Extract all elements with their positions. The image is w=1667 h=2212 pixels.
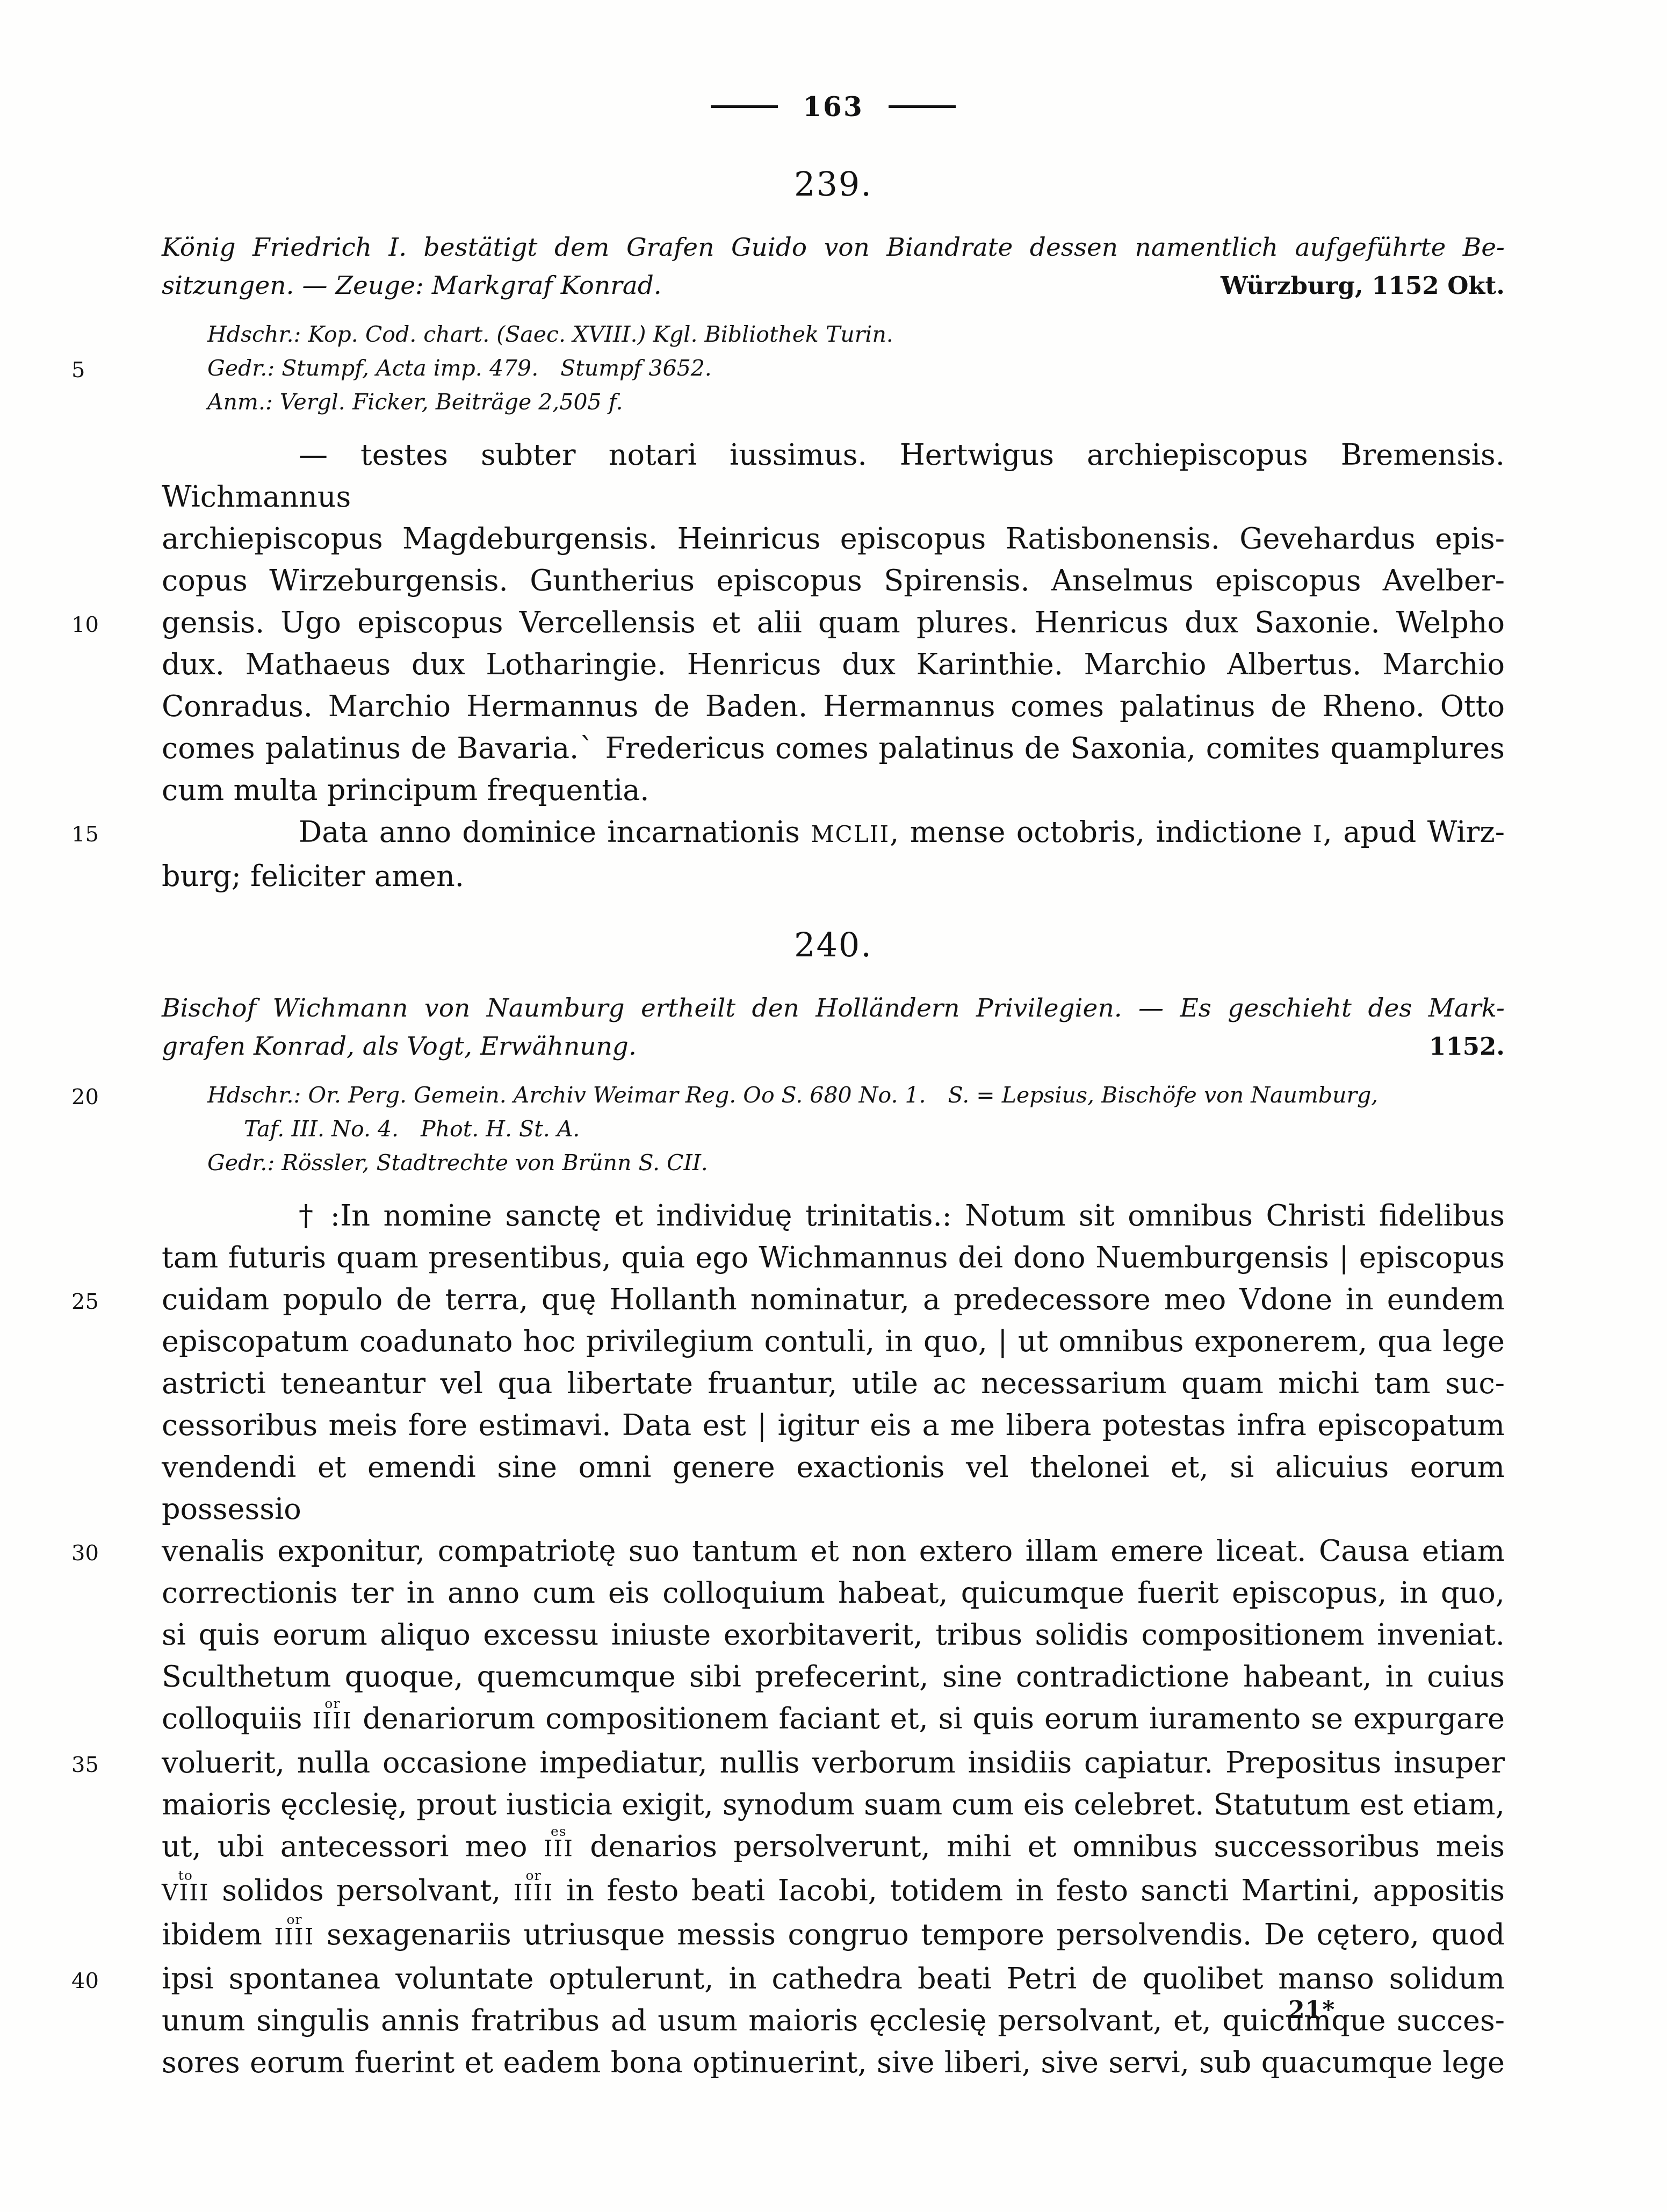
numeral-with-superscript: esIII (544, 1826, 574, 1870)
text-line: comes palatinus de Bavaria.ˋ Fredericus … (162, 727, 1505, 769)
text-line: 25cuidam populo de terra, quę Hollanth n… (162, 1279, 1505, 1321)
text-line: archiepiscopus Magdeburgensis. Heinricus… (162, 518, 1505, 560)
margin-line-number: 20 (71, 1080, 136, 1114)
entry-240: 240. Bischof Wichmann von Naumburg erthe… (162, 925, 1505, 2084)
text-line: episcopatum coadunato hoc privilegium co… (162, 1321, 1505, 1363)
regest-row: sitzungen. — Zeuge: Markgraf Konrad.Würz… (162, 266, 1505, 305)
entry-239-heading: 239. (162, 164, 1505, 204)
text-line: cessoribus meis fore estimavi. Data est … (162, 1404, 1505, 1446)
text-line: ut, ubi antecessori meo esIII denarios p… (162, 1826, 1505, 1870)
text-block: 163 239. König Friedrich I. bestätigt de… (162, 0, 1505, 2084)
entry-240-apparatus: 20Hdschr.: Or. Perg. Gemein. Archiv Weim… (207, 1078, 1505, 1180)
apparatus-line: 20Hdschr.: Or. Perg. Gemein. Archiv Weim… (207, 1078, 1505, 1112)
text-line: † :In nomine sanctę et individuę trinita… (162, 1195, 1505, 1237)
text-line: 40ipsi spontanea voluntate optulerunt, i… (162, 1958, 1505, 2000)
page-header: 163 (162, 91, 1505, 121)
entry-239: 239. König Friedrich I. bestätigt dem Gr… (162, 164, 1505, 897)
text-line: ibidem orIIII sexagenariis utriusque mes… (162, 1914, 1505, 1958)
text-line: si quis eorum aliquo excessu iniuste exo… (162, 1614, 1505, 1656)
superscript-abbreviation: to (178, 1855, 193, 1897)
margin-line-number: 25 (71, 1281, 136, 1323)
entry-240-heading: 240. (162, 925, 1505, 964)
numeral-with-superscript: toVIII (162, 1870, 210, 1914)
regest-text: Bischof Wichmann von Naumburg ertheilt d… (162, 989, 1505, 1027)
text-line: cum multa principum frequentia. (162, 769, 1505, 811)
regest-date: Würzburg, 1152 Okt. (1221, 266, 1505, 305)
margin-line-number: 5 (71, 354, 136, 387)
apparatus-line: 5Gedr.: Stumpf, Acta imp. 479. Stumpf 36… (207, 351, 1505, 385)
apparatus-line: Hdschr.: Kop. Cod. chart. (Saec. XVIII.)… (207, 318, 1505, 351)
regest-text: König Friedrich I. bestätigt dem Grafen … (162, 228, 1505, 266)
text-line: — testes subter notari iussimus. Hertwig… (162, 434, 1505, 518)
apparatus-line: Taf. III. No. 4. Phot. H. St. A. (244, 1112, 1505, 1146)
regest-text: sitzungen. — Zeuge: Markgraf Konrad. (162, 266, 662, 305)
entry-239-regest: König Friedrich I. bestätigt dem Grafen … (162, 228, 1505, 305)
text-line: tam futuris quam presentibus, quia ego W… (162, 1237, 1505, 1279)
regest-date: 1152. (1429, 1027, 1505, 1065)
text-line: Conradus. Marchio Hermannus de Baden. He… (162, 686, 1505, 727)
margin-line-number: 40 (71, 1960, 136, 2002)
superscript-abbreviation: or (526, 1855, 542, 1897)
entry-240-regest: Bischof Wichmann von Naumburg ertheilt d… (162, 989, 1505, 1065)
margin-line-number: 15 (71, 813, 136, 855)
margin-line-number: 35 (71, 1744, 136, 1786)
text-line: copus Wirzeburgensis. Guntherius episcop… (162, 560, 1505, 602)
entry-239-body: — testes subter notari iussimus. Hertwig… (162, 434, 1505, 897)
margin-line-number: 30 (71, 1532, 136, 1574)
text-line: 15Data anno dominice incarnationis MCLII… (162, 811, 1505, 855)
page-number: 163 (803, 91, 863, 123)
superscript-abbreviation: or (286, 1899, 302, 1941)
text-line: Sculthetum quoque, quemcumque sibi prefe… (162, 1656, 1505, 1698)
header-rule-right (889, 105, 956, 108)
regest-text: grafen Konrad, als Vogt, Erwähnung. (162, 1027, 637, 1065)
text-line: correctionis ter in anno cum eis colloqu… (162, 1572, 1505, 1614)
text-line: maioris ęcclesię, prout iusticia exigit,… (162, 1784, 1505, 1826)
text-line: toVIII solidos persolvant, orIIII in fes… (162, 1870, 1505, 1914)
numeral-with-superscript: orIIII (514, 1870, 554, 1914)
text-line: 10gensis. Ugo episcopus Vercellensis et … (162, 602, 1505, 644)
entry-239-apparatus: Hdschr.: Kop. Cod. chart. (Saec. XVIII.)… (207, 318, 1505, 419)
numeral-with-superscript: orIIII (274, 1914, 314, 1958)
small-caps-text: I (1313, 821, 1323, 847)
text-line: 35voluerit, nulla occasione impediatur, … (162, 1742, 1505, 1784)
printer-signature: 21* (1288, 1997, 1335, 2024)
text-line: dux. Mathaeus dux Lotharingie. Henricus … (162, 644, 1505, 686)
text-line: astricti teneantur vel qua libertate fru… (162, 1363, 1505, 1404)
superscript-abbreviation: es (551, 1811, 567, 1853)
text-line: sores eorum fuerint et eadem bona optinu… (162, 2042, 1505, 2084)
header-rule-left (711, 105, 778, 108)
regest-row: grafen Konrad, als Vogt, Erwähnung.1152. (162, 1027, 1505, 1065)
apparatus-line: Gedr.: Rössler, Stadtrechte von Brünn S.… (207, 1146, 1505, 1180)
superscript-abbreviation: or (324, 1683, 340, 1725)
numeral-with-superscript: orIIII (312, 1698, 352, 1742)
apparatus-line: Anm.: Vergl. Ficker, Beiträge 2,505 f. (207, 385, 1505, 419)
small-caps-text: MCLII (811, 821, 890, 847)
text-line: colloquiis orIIII denariorum composition… (162, 1698, 1505, 1742)
entry-240-body: † :In nomine sanctę et individuę trinita… (162, 1195, 1505, 2084)
text-line: burg; feliciter amen. (162, 855, 1505, 897)
text-line: vendendi et emendi sine omni genere exac… (162, 1446, 1505, 1530)
margin-line-number: 10 (71, 604, 136, 646)
book-page: 163 239. König Friedrich I. bestätigt de… (0, 0, 1667, 2212)
text-line: 30venalis exponitur, compatriotę suo tan… (162, 1530, 1505, 1572)
